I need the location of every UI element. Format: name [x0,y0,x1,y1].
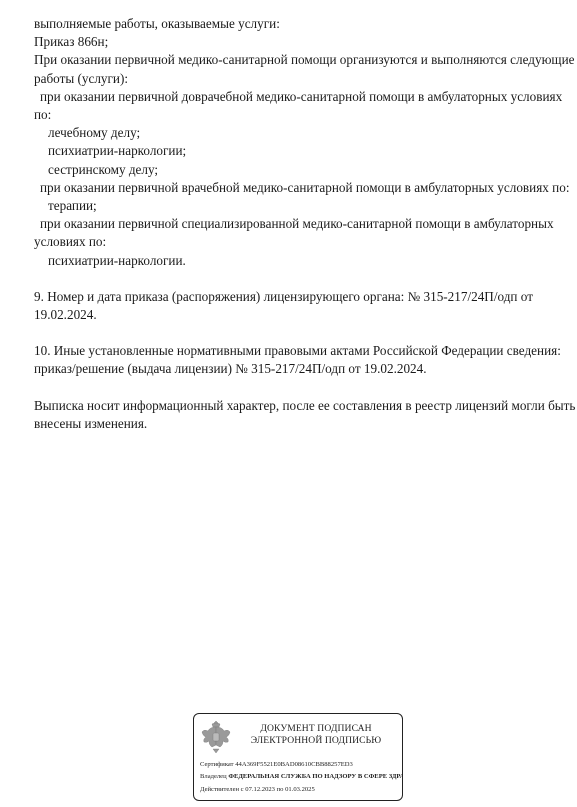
validity-label: Действителен с [200,786,244,793]
stamp-title: ДОКУМЕНТ ПОДПИСАН ЭЛЕКТРОННОЙ ПОДПИСЬЮ [234,723,398,747]
list-item: условиях по: [34,233,564,251]
list-item: при оказании первичной доврачебной медик… [34,88,564,106]
list-item: сестринскому делу; [34,161,564,179]
stamp-title-line-2: ЭЛЕКТРОННОЙ ПОДПИСЬЮ [234,735,398,747]
paragraph-gap [34,324,564,342]
list-item: выполняемые работы, оказываемые услуги: [34,15,564,33]
list-item: Приказ 866н; [34,33,564,51]
list-item: психиатрии-наркологии. [34,252,564,270]
disclaimer-note: Выписка носит информационный характер, п… [34,397,564,433]
services-list: выполняемые работы, оказываемые услуги:П… [34,15,564,270]
note-line-2: внесены изменения. [34,415,564,433]
stamp-details: Сертификат 44A369F5521E0BAD08610CBB88257… [200,759,403,796]
certificate-value: 44A369F5521E0BAD08610CBB88257ED3 [235,761,353,768]
stamp-title-line-1: ДОКУМЕНТ ПОДПИСАН [234,723,398,735]
item-9-line-1: 9. Номер и дата приказа (распоряжения) л… [34,288,564,306]
valid-to: 01.03.2025 [285,786,315,793]
electronic-signature-stamp: ДОКУМЕНТ ПОДПИСАН ЭЛЕКТРОННОЙ ПОДПИСЬЮ С… [193,713,403,801]
item-9-line-2: 19.02.2024. [34,306,564,324]
item-10-line-1: 10. Иные установленные нормативными прав… [34,342,564,360]
item-10-other-info: 10. Иные установленные нормативными прав… [34,342,564,378]
certificate-row: Сертификат 44A369F5521E0BAD08610CBB88257… [200,759,403,771]
item-10-line-2: приказ/решение (выдача лицензии) № 315-2… [34,360,564,378]
owner-value: ФЕДЕРАЛЬНАЯ СЛУЖБА ПО НАДЗОРУ В СФЕРЕ ЗД… [228,773,403,780]
list-item: При оказании первичной медико-санитарной… [34,51,564,69]
list-item: психиатрии-наркологии; [34,142,564,160]
validity-to-label: по [277,786,284,793]
valid-from: 07.12.2023 [245,786,275,793]
validity-row: Действителен с 07.12.2023 по 01.03.2025 [200,784,403,796]
owner-row: Владелец ФЕДЕРАЛЬНАЯ СЛУЖБА ПО НАДЗОРУ В… [200,771,403,783]
russian-coat-of-arms-icon [201,719,231,755]
paragraph-gap [34,270,564,288]
list-item: по: [34,106,564,124]
paragraph-gap [34,379,564,397]
document-page: выполняемые работы, оказываемые услуги:П… [34,15,564,433]
note-line-1: Выписка носит информационный характер, п… [34,397,564,415]
list-item: лечебному делу; [34,124,564,142]
owner-label: Владелец [200,773,227,780]
certificate-label: Сертификат [200,761,234,768]
list-item: работы (услуги): [34,70,564,88]
item-9-order-number: 9. Номер и дата приказа (распоряжения) л… [34,288,564,324]
list-item: при оказании первичной врачебной медико-… [34,179,564,197]
list-item: при оказании первичной специализированно… [34,215,564,233]
list-item: терапии; [34,197,564,215]
